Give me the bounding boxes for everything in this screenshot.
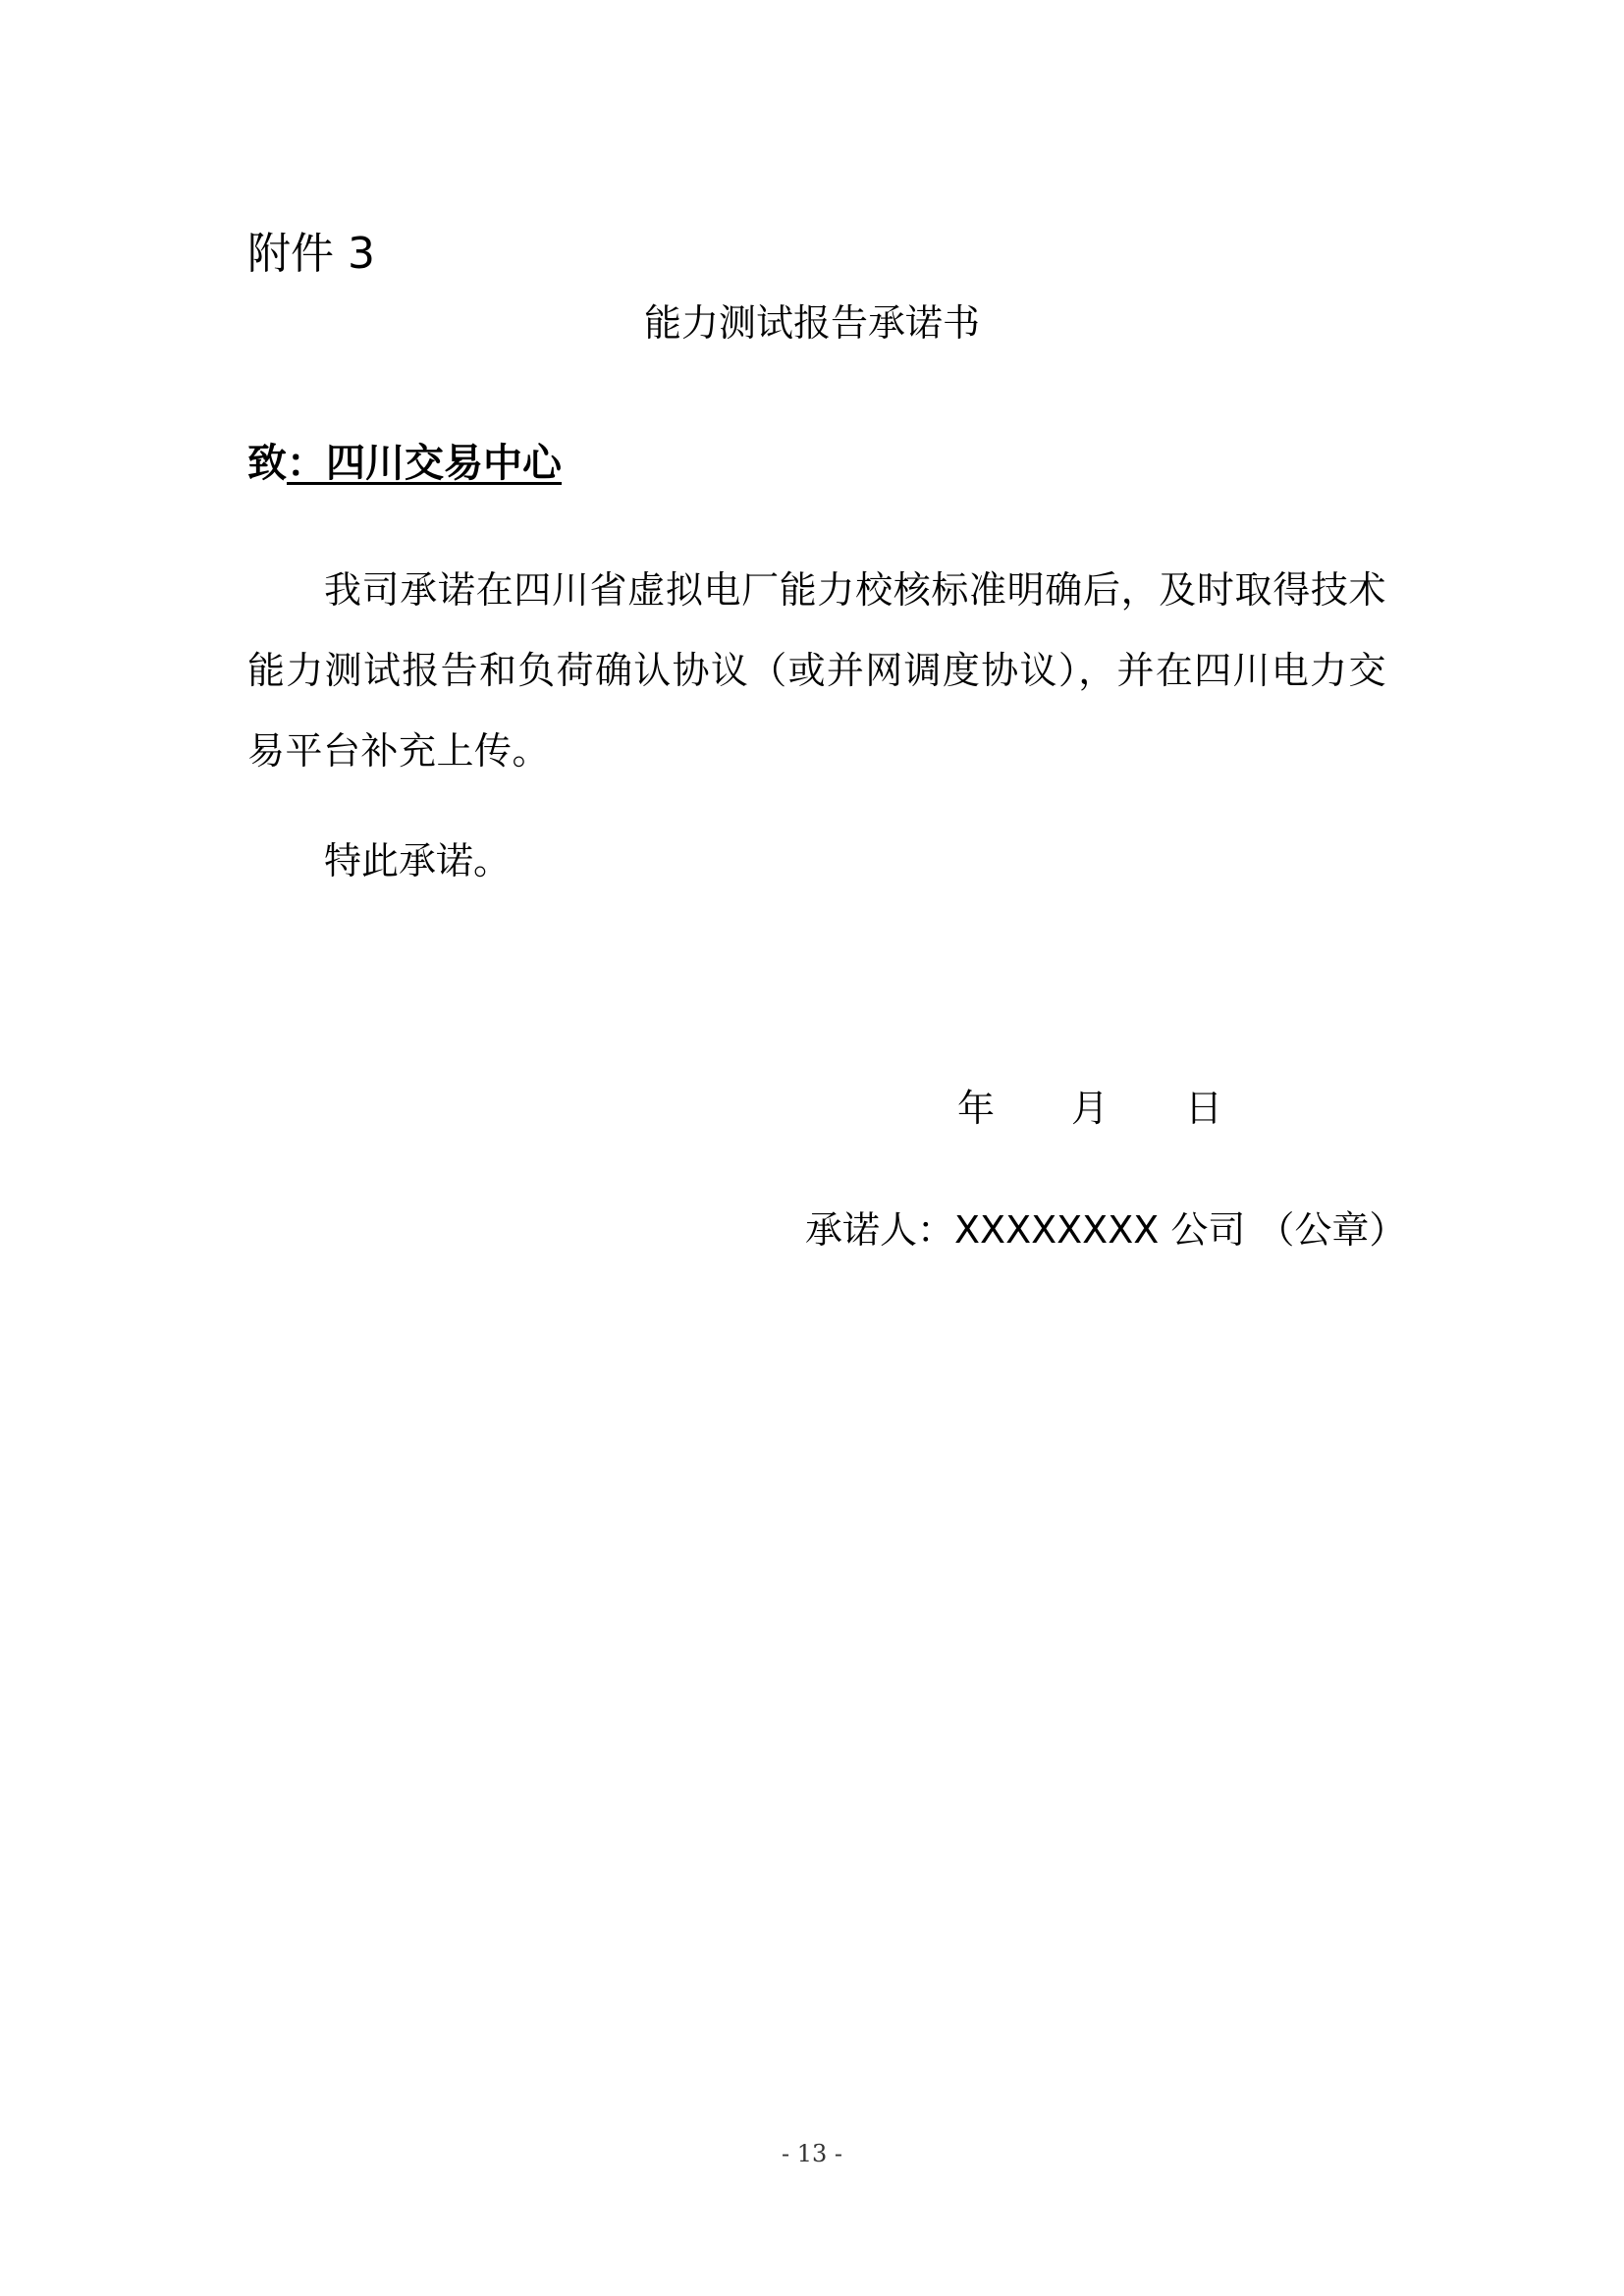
addressee-line: 致：四川交易中心 [247,432,562,488]
signer-line: 承诺人：XXXXXXXX 公司 （公章） [805,1200,1406,1254]
date-day: 日 [1185,1078,1222,1132]
attachment-label: 附件 3 [247,218,375,281]
page-number: - 13 - [0,2140,1624,2167]
closing-statement: 特此承诺。 [324,830,511,884]
date-line: 年月日 [957,1078,1299,1132]
document-title-text: 能力测试报告承诺书 [644,293,980,347]
commitment-paragraph: 我司承诺在四川省虚拟电厂能力校核标准明确后，及时取得技术能力测试报告和负荷确认协… [247,550,1386,791]
date-month: 月 [1071,1078,1109,1132]
addressee-recipient: 四川交易中心 [326,441,562,486]
document-title: 能力测试报告承诺书 [0,293,1624,347]
date-year: 年 [957,1078,995,1132]
addressee-colon: ： [287,441,326,486]
addressee-prefix: 致 [247,441,287,486]
